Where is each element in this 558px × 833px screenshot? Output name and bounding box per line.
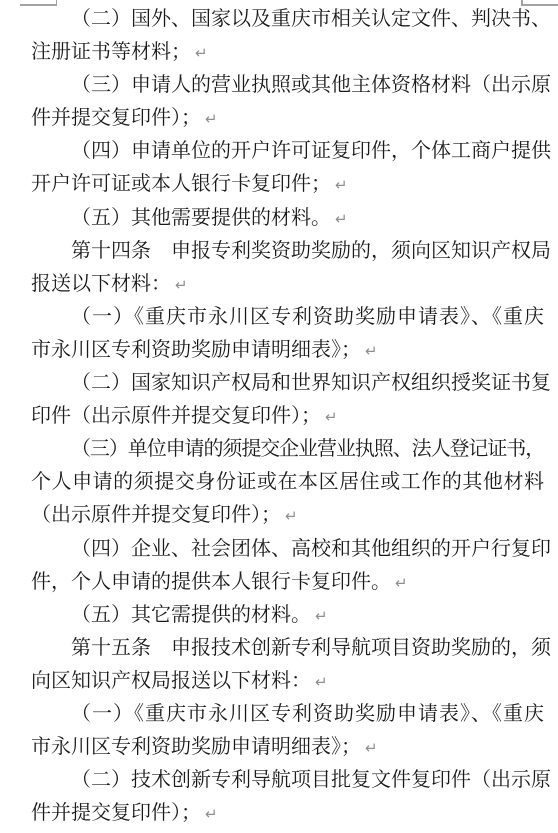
paragraph-mark-icon: ↵ xyxy=(315,673,328,691)
document-page: { "page": { "background": "#ffffff", "te… xyxy=(0,0,558,833)
text-line: 第十五条 申报技术创新专利导航项目资助奖励的，须 xyxy=(31,632,544,665)
text-line: 市永川区专利资助奖励申请明细表》；↵ xyxy=(31,731,544,764)
paragraph-mark-icon: ↵ xyxy=(325,408,338,426)
line-text: 第十五条 申报技术创新专利导航项目资助奖励的，须 xyxy=(71,637,551,659)
text-line: （三）单位申请的须提交企业营业执照、法人登记证书， xyxy=(31,433,544,466)
text-line: 注册证书等材料；↵ xyxy=(31,36,544,69)
line-text: 开户许可证或本人银行卡复印件； xyxy=(31,173,331,195)
text-line: （四）企业、社会团体、高校和其他组织的开户行复印 xyxy=(31,533,544,566)
text-line: （三）申请人的营业执照或其他主体资格材料（出示原 xyxy=(31,69,544,102)
paragraph-mark-icon: ↵ xyxy=(395,574,408,592)
line-text: 注册证书等材料； xyxy=(31,41,191,63)
paragraph-mark-icon: ↵ xyxy=(335,176,348,194)
text-line: （二）技术创新专利导航项目批复文件复印件（出示原 xyxy=(31,764,544,797)
text-line: 件并提交复印件）；↵ xyxy=(31,797,544,830)
paragraph-mark-icon: ↵ xyxy=(365,342,378,360)
line-text: 报送以下材料： xyxy=(31,273,171,295)
text-line: （二）国外、国家以及重庆市相关认定文件、判决书、 xyxy=(31,3,544,36)
text-line: 件并提交复印件）；↵ xyxy=(31,102,544,135)
text-line: 报送以下材料：↵ xyxy=(31,268,544,301)
line-text: 件，个人申请的提供本人银行卡复印件。 xyxy=(31,571,391,593)
text-line: 印件（出示原件并提交复印件）；↵ xyxy=(31,400,544,433)
line-text: （五）其它需提供的材料。 xyxy=(71,604,311,626)
document-body: （二）国外、国家以及重庆市相关认定文件、判决书、注册证书等材料；↵（三）申请人的… xyxy=(31,3,544,830)
line-text: 个人申请的须提交身份证或在本区居住或工作的其他材料 xyxy=(31,471,544,493)
text-line: 件，个人申请的提供本人银行卡复印件。↵ xyxy=(31,566,544,599)
paragraph-mark-icon: ↵ xyxy=(195,44,208,62)
paragraph-mark-icon: ↵ xyxy=(285,507,298,525)
line-text: 件并提交复印件）； xyxy=(31,802,201,824)
line-text: 印件（出示原件并提交复印件）； xyxy=(31,405,321,427)
text-line: （五）其他需要提供的材料。↵ xyxy=(31,202,544,235)
text-line: 第十四条 申报专利奖资助奖励的，须向区知识产权局 xyxy=(31,235,544,268)
text-line: （一）《重庆市永川区专利资助奖励申请表》、《重庆 xyxy=(31,698,544,731)
line-text: （五）其他需要提供的材料。 xyxy=(71,207,331,229)
line-text: 件并提交复印件）； xyxy=(31,107,201,129)
text-line: 个人申请的须提交身份证或在本区居住或工作的其他材料 xyxy=(31,466,544,499)
text-line: 开户许可证或本人银行卡复印件；↵ xyxy=(31,168,544,201)
line-text: （三）申请人的营业执照或其他主体资格材料（出示原 xyxy=(71,74,551,96)
line-text: （二）技术创新专利导航项目批复文件复印件（出示原 xyxy=(71,769,551,791)
paragraph-mark-icon: ↵ xyxy=(335,210,348,228)
line-text: 市永川区专利资助奖励申请明细表》； xyxy=(31,339,361,361)
line-text: （四）企业、社会团体、高校和其他组织的开户行复印 xyxy=(71,538,551,560)
paragraph-mark-icon: ↵ xyxy=(175,276,188,294)
text-line: （一）《重庆市永川区专利资助奖励申请表》、《重庆 xyxy=(31,301,544,334)
paragraph-mark-icon: ↵ xyxy=(205,805,218,823)
line-text: （二）国家知识产权局和世界知识产权组织授奖证书复 xyxy=(71,372,551,394)
text-line: （二）国家知识产权局和世界知识产权组织授奖证书复 xyxy=(31,367,544,400)
line-text: 第十四条 申报专利奖资助奖励的，须向区知识产权局 xyxy=(71,240,551,262)
paragraph-mark-icon: ↵ xyxy=(205,110,218,128)
text-line: （四）申请单位的开户许可证复印件，个体工商户提供 xyxy=(31,135,544,168)
line-text: （三）单位申请的须提交企业营业执照、法人登记证书， xyxy=(71,438,544,460)
line-text: （二）国外、国家以及重庆市相关认定文件、判决书、 xyxy=(71,8,551,30)
line-text: （四）申请单位的开户许可证复印件，个体工商户提供 xyxy=(71,140,551,162)
line-text: （一）《重庆市永川区专利资助奖励申请表》、《重庆 xyxy=(71,306,544,328)
line-text: （一）《重庆市永川区专利资助奖励申请表》、《重庆 xyxy=(71,703,544,725)
text-line: 向区知识产权局报送以下材料：↵ xyxy=(31,665,544,698)
line-text: 市永川区专利资助奖励申请明细表》； xyxy=(31,736,361,758)
text-line: （五）其它需提供的材料。↵ xyxy=(31,599,544,632)
line-text: （出示原件并提交复印件）； xyxy=(31,504,281,526)
text-line: （出示原件并提交复印件）；↵ xyxy=(31,499,544,532)
paragraph-mark-icon: ↵ xyxy=(315,607,328,625)
paragraph-mark-icon: ↵ xyxy=(365,739,378,757)
line-text: 向区知识产权局报送以下材料： xyxy=(31,670,311,692)
text-line: 市永川区专利资助奖励申请明细表》；↵ xyxy=(31,334,544,367)
